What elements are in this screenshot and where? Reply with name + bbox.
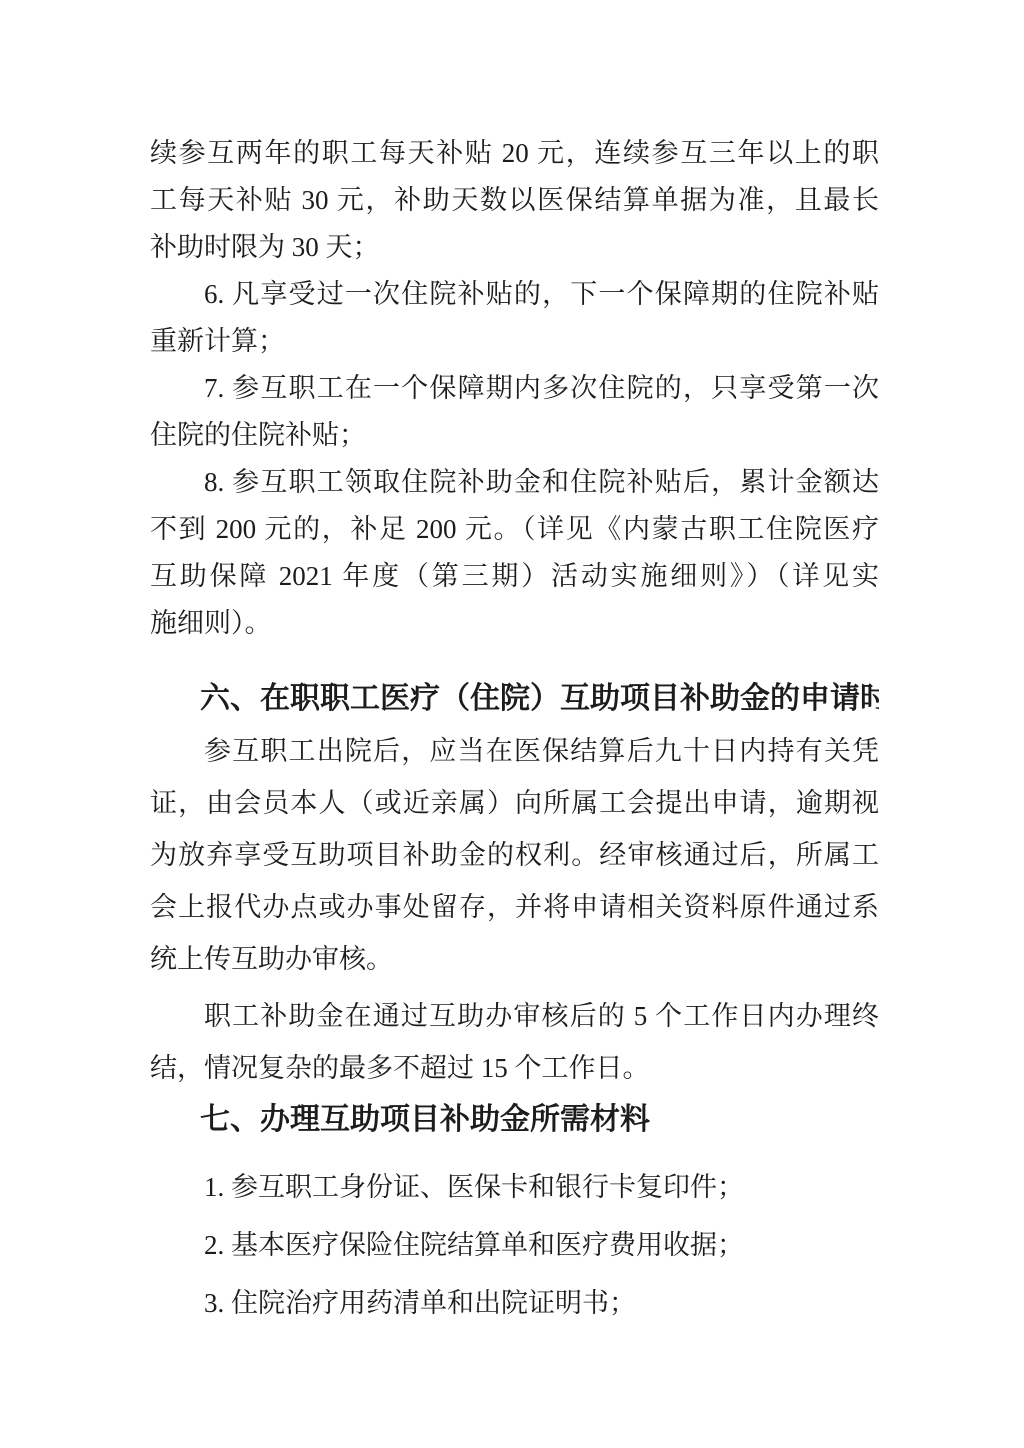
text-line: 为放弃享受互助项目补助金的权利。经审核通过后，所属工 xyxy=(150,829,879,881)
list-item-material-2: 2. 基本医疗保险住院结算单和医疗费用收据； xyxy=(150,1222,879,1269)
text-line: 重新计算； xyxy=(150,318,879,365)
text-line: 结，情况复杂的最多不超过 15 个工作日。 xyxy=(150,1042,879,1094)
text-line: 8. 参互职工领取住院补助金和住院补贴后，累计金额达 xyxy=(150,459,879,506)
paragraph-processing-time: 职工补助金在通过互助办审核后的 5 个工作日内办理终 结，情况复杂的最多不超过 … xyxy=(150,990,879,1094)
text-line: 职工补助金在通过互助办审核后的 5 个工作日内办理终 xyxy=(150,990,879,1042)
list-item-material-3: 3. 住院治疗用药清单和出院证明书； xyxy=(150,1280,879,1327)
list-item-8: 8. 参互职工领取住院补助金和住院补贴后，累计金额达 不到 200 元的，补足 … xyxy=(150,459,879,647)
text-line: 施细则）。 xyxy=(150,600,879,647)
document-content: 续参互两年的职工每天补贴 20 元，连续参互三年以上的职 工每天补贴 30 元，… xyxy=(150,130,879,1327)
text-line: 会上报代办点或办事处留存，并将申请相关资料原件通过系 xyxy=(150,881,879,933)
document-page: 续参互两年的职工每天补贴 20 元，连续参互三年以上的职 工每天补贴 30 元，… xyxy=(0,0,1024,1448)
text-line: 续参互两年的职工每天补贴 20 元，连续参互三年以上的职 xyxy=(150,130,879,177)
text-line: 住院的住院补贴； xyxy=(150,412,879,459)
list-item-6: 6. 凡享受过一次住院补贴的，下一个保障期的住院补贴 重新计算； xyxy=(150,271,879,365)
paragraph-application: 参互职工出院后，应当在医保结算后九十日内持有关凭 证，由会员本人（或近亲属）向所… xyxy=(150,725,879,985)
list-item-7: 7. 参互职工在一个保障期内多次住院的，只享受第一次 住院的住院补贴； xyxy=(150,365,879,459)
list-item-material-1: 1. 参互职工身份证、医保卡和银行卡复印件； xyxy=(150,1164,879,1211)
text-line: 工每天补贴 30 元，补助天数以医保结算单据为准，且最长 xyxy=(150,177,879,224)
paragraph-continuation: 续参互两年的职工每天补贴 20 元，连续参互三年以上的职 工每天补贴 30 元，… xyxy=(150,130,879,271)
text-line: 互助保障 2021 年度（第三期）活动实施细则》）（详见实 xyxy=(150,553,879,600)
text-line: 补助时限为 30 天； xyxy=(150,224,879,271)
text-line: 不到 200 元的，补足 200 元。（详见《内蒙古职工住院医疗 xyxy=(150,506,879,553)
section-heading-six: 六、在职职工医疗（住院）互助项目补助金的申请时限 xyxy=(150,673,879,725)
text-line: 统上传互助办审核。 xyxy=(150,933,879,985)
text-line: 参互职工出院后，应当在医保结算后九十日内持有关凭 xyxy=(150,725,879,777)
text-line: 7. 参互职工在一个保障期内多次住院的，只享受第一次 xyxy=(150,365,879,412)
text-line: 证，由会员本人（或近亲属）向所属工会提出申请，逾期视 xyxy=(150,777,879,829)
section-heading-seven: 七、办理互助项目补助金所需材料 xyxy=(150,1094,879,1146)
text-line: 6. 凡享受过一次住院补贴的，下一个保障期的住院补贴 xyxy=(150,271,879,318)
